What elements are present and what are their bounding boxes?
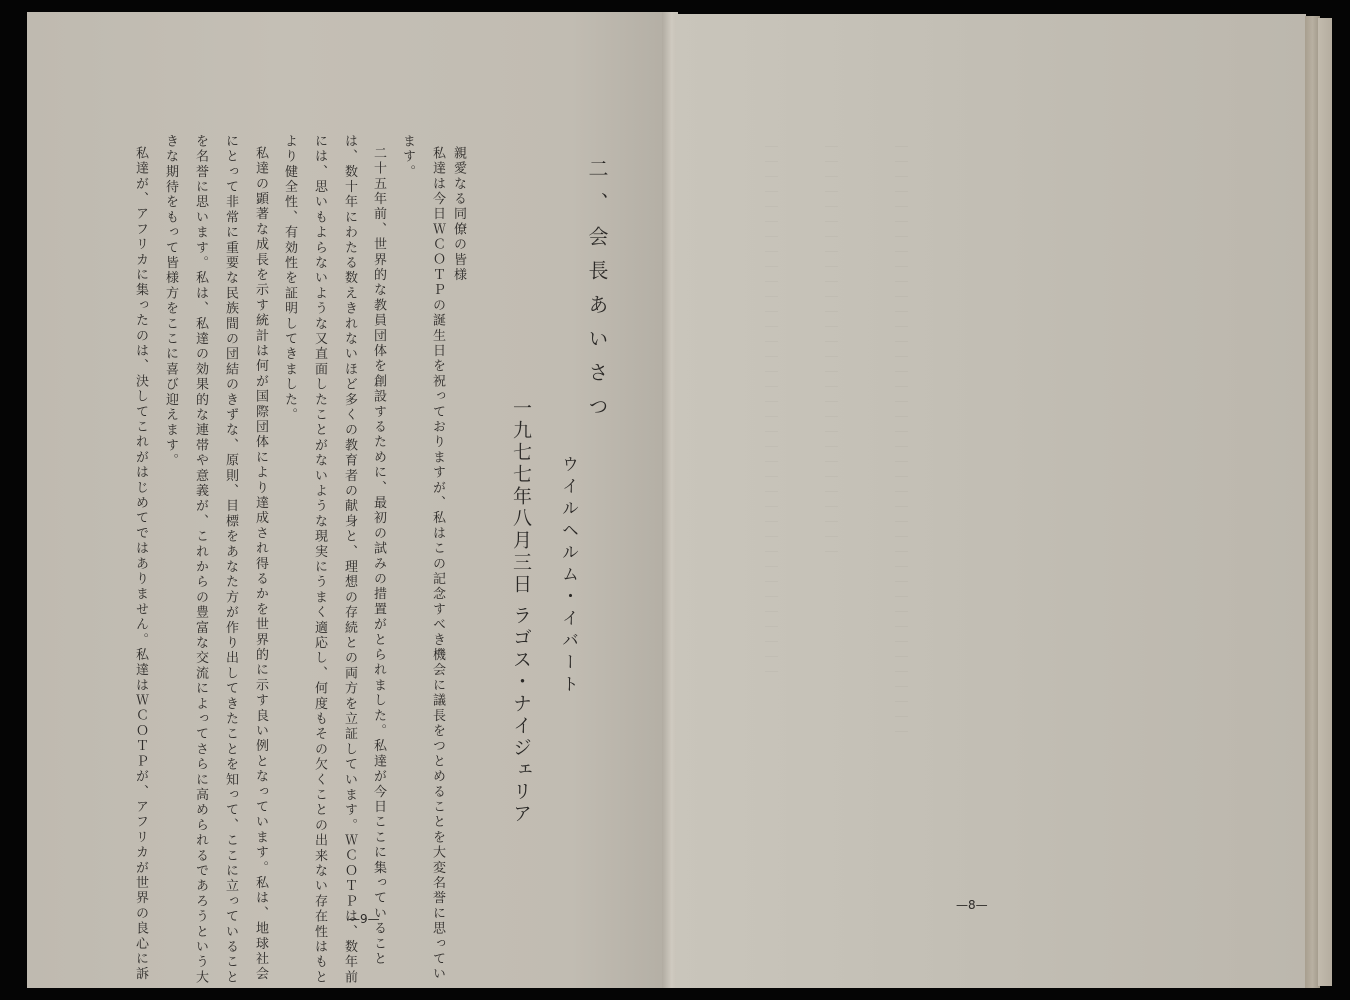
body-column: 二十五年前、世界的な教員団体を創設するために、最初の試みの措置がとられました。私… bbox=[372, 146, 385, 967]
page-stack-edge-outer bbox=[1318, 18, 1332, 986]
greeting: 親愛なる同僚の皆様 bbox=[452, 146, 465, 283]
body-column: 私達は今日ＷＣＯＴＰの誕生日を祝っておりますが、私はこの記念すべき機会に議長をつ… bbox=[431, 146, 444, 982]
body-column: を名誉に思います。私は、私達の効果的な連帯や意義が、これからの豊富な交流によって… bbox=[194, 134, 207, 985]
body-column: には、思いもよらないような又直面したことがないような現実にうまく適応し、何度もそ… bbox=[313, 134, 326, 985]
body-column: 私達の顕著な成長を示す統計は何が国際団体により達成され得るかを世界的に示す良い例… bbox=[254, 146, 267, 982]
page-number-right: —8— bbox=[956, 898, 988, 912]
page-number-left: —9— bbox=[348, 912, 380, 926]
body-column: は、数十年にわたる数えきれないほど多くの教育者の献身と、理想の存続との両方を立証… bbox=[343, 134, 356, 985]
body-column: ます。 bbox=[401, 134, 414, 180]
book-spread: 二、会長あいさつ ウイルヘルム・イバート 一九七七年八月三日 ラゴス・ナイジェリ… bbox=[0, 0, 1350, 1000]
body-column: 私達が、アフリカに集ったのは、決してこれがはじめてではありません。私達はＷＣＯＴ… bbox=[134, 146, 147, 982]
show-through-text: ｜｜｜｜｜｜｜｜｜｜｜｜｜｜｜｜｜｜｜｜｜｜｜｜｜｜｜｜｜｜｜｜｜｜｜｜ bbox=[760, 140, 779, 820]
body-column: きな期待をもって皆様方をここに喜び迎えます。 bbox=[164, 134, 177, 468]
show-through-text: ｜｜｜｜｜｜｜｜｜｜｜｜｜｜｜｜｜｜｜｜｜｜｜｜｜｜｜｜ bbox=[820, 140, 839, 640]
body-column: にとって非常に重要な民族間の団結のきずな、原則、目標をあなた方が作り出してきたこ… bbox=[224, 134, 237, 985]
body-column: より健全性、有効性を証明してきました。 bbox=[283, 134, 296, 423]
show-through-text: ｜｜｜｜｜｜｜｜｜｜｜｜｜｜｜｜｜｜｜｜｜｜｜｜｜｜｜｜｜｜｜｜｜｜｜｜｜｜｜｜ bbox=[890, 140, 909, 860]
date-place: 一九七七年八月三日 ラゴス・ナイジェリア bbox=[508, 398, 535, 825]
author-name: ウイルヘルム・イバート bbox=[556, 455, 581, 697]
section-title: 二、会長あいさつ bbox=[583, 158, 612, 430]
